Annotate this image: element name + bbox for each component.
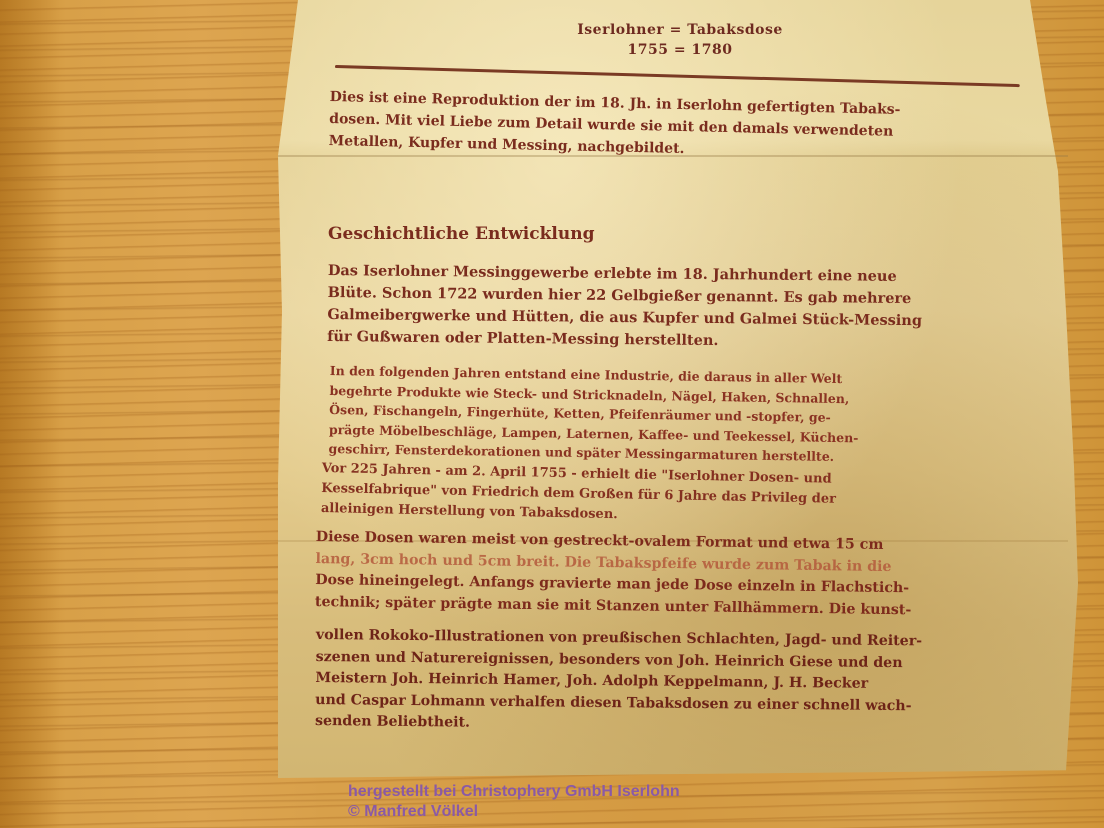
paragraph-illustrationen: vollen Rokoko-Illustrationen von preußis…	[315, 625, 922, 739]
intro-paragraph: Dies ist eine Reproduktion der im 18. Jh…	[329, 86, 901, 165]
document-title: Iserlohner = Tabaksdose 1755 = 1780	[530, 20, 830, 60]
paragraph-industrie: In den folgenden Jahren entstand eine In…	[328, 361, 859, 467]
section-heading: Geschichtliche Entwicklung	[328, 224, 594, 245]
paragraph-privileg: Vor 225 Jahren - am 2. April 1755 - erhi…	[321, 459, 837, 530]
photo-caption: hergestellt bei Christophery GmbH Iserlo…	[348, 782, 680, 822]
copyright-notice: © Manfred Völkel	[348, 802, 680, 822]
title-years: 1755 = 1780	[530, 40, 830, 60]
manufacturer-credit: hergestellt bei Christophery GmbH Iserlo…	[348, 782, 680, 802]
paragraph-dosen-format: Diese Dosen waren meist von gestreckt-ov…	[315, 527, 913, 621]
title-line: Iserlohner = Tabaksdose	[530, 20, 830, 40]
wooden-surface-shade	[0, 0, 60, 828]
paragraph-messinggewerbe: Das Iserlohner Messinggewerbe erlebte im…	[327, 260, 923, 354]
